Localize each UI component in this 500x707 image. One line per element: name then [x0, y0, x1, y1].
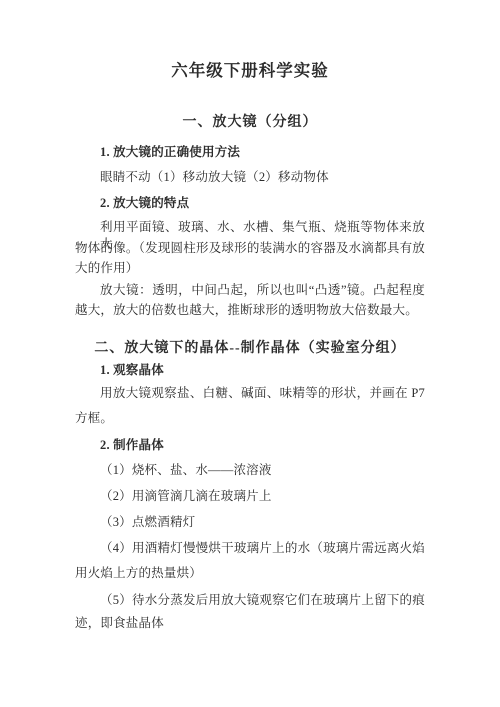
section1-sub2-heading: 2. 放大镜的特点 [100, 195, 425, 212]
section2-sub1-para-line1: 用放大镜观察盐、白糖、碱面、味精等的形状，并画在 P7 [100, 385, 425, 402]
section2-item5-line1: （5）待水分蒸发后用放大镜观察它们在玻璃片上留下的痕 [100, 592, 425, 609]
document-title: 六年级下册科学实验 [75, 59, 425, 83]
section1-heading: 一、放大镜（分组） [75, 112, 425, 134]
section1-sub1-heading: 1. 放大镜的正确使用方法 [100, 144, 425, 161]
section2-sub2-heading: 2. 制作晶体 [100, 437, 425, 454]
section1-para2-line1: 放大镜：透明，中间凸起，所以也叫“凸透”镜。凸起程度 [100, 282, 425, 299]
section2-item2: （2）用滴管滴几滴在玻璃片上 [100, 488, 425, 505]
section1-para1-line3: 大的作用） [75, 260, 425, 277]
document-page: 六年级下册科学实验 一、放大镜（分组） 1. 放大镜的正确使用方法 眼睛不动（1… [0, 0, 500, 707]
section1-sub1-body: 眼睛不动（1）移动放大镜（2）移动物体 [100, 169, 425, 186]
section2-item3: （3）点燃酒精灯 [100, 514, 425, 531]
section2-item1: （1）烧杯、盐、水——浓溶液 [100, 462, 425, 479]
section2-sub1-heading: 1. 观察晶体 [100, 362, 425, 379]
section2-sub1-para-line2: 方框。 [75, 410, 425, 427]
section1-para1-line2: 物体的像。（发现圆柱形及球形的装满水的容器及水滴都具有放 [75, 240, 425, 257]
section2-heading: 二、放大镜下的晶体--制作晶体（实验室分组） [75, 338, 425, 360]
section2-item5-line2: 迹，即食盐晶体 [75, 615, 425, 632]
section1-para2-line2: 越大，放大的倍数也越大，推断球形的透明物放大倍数最大。 [75, 302, 425, 319]
section2-item4-line2: 用火焰上方的热量烘） [75, 565, 425, 582]
section2-item4-line1: （4）用酒精灯慢慢烘干玻璃片上的水（玻璃片需远离火焰 [100, 540, 425, 557]
